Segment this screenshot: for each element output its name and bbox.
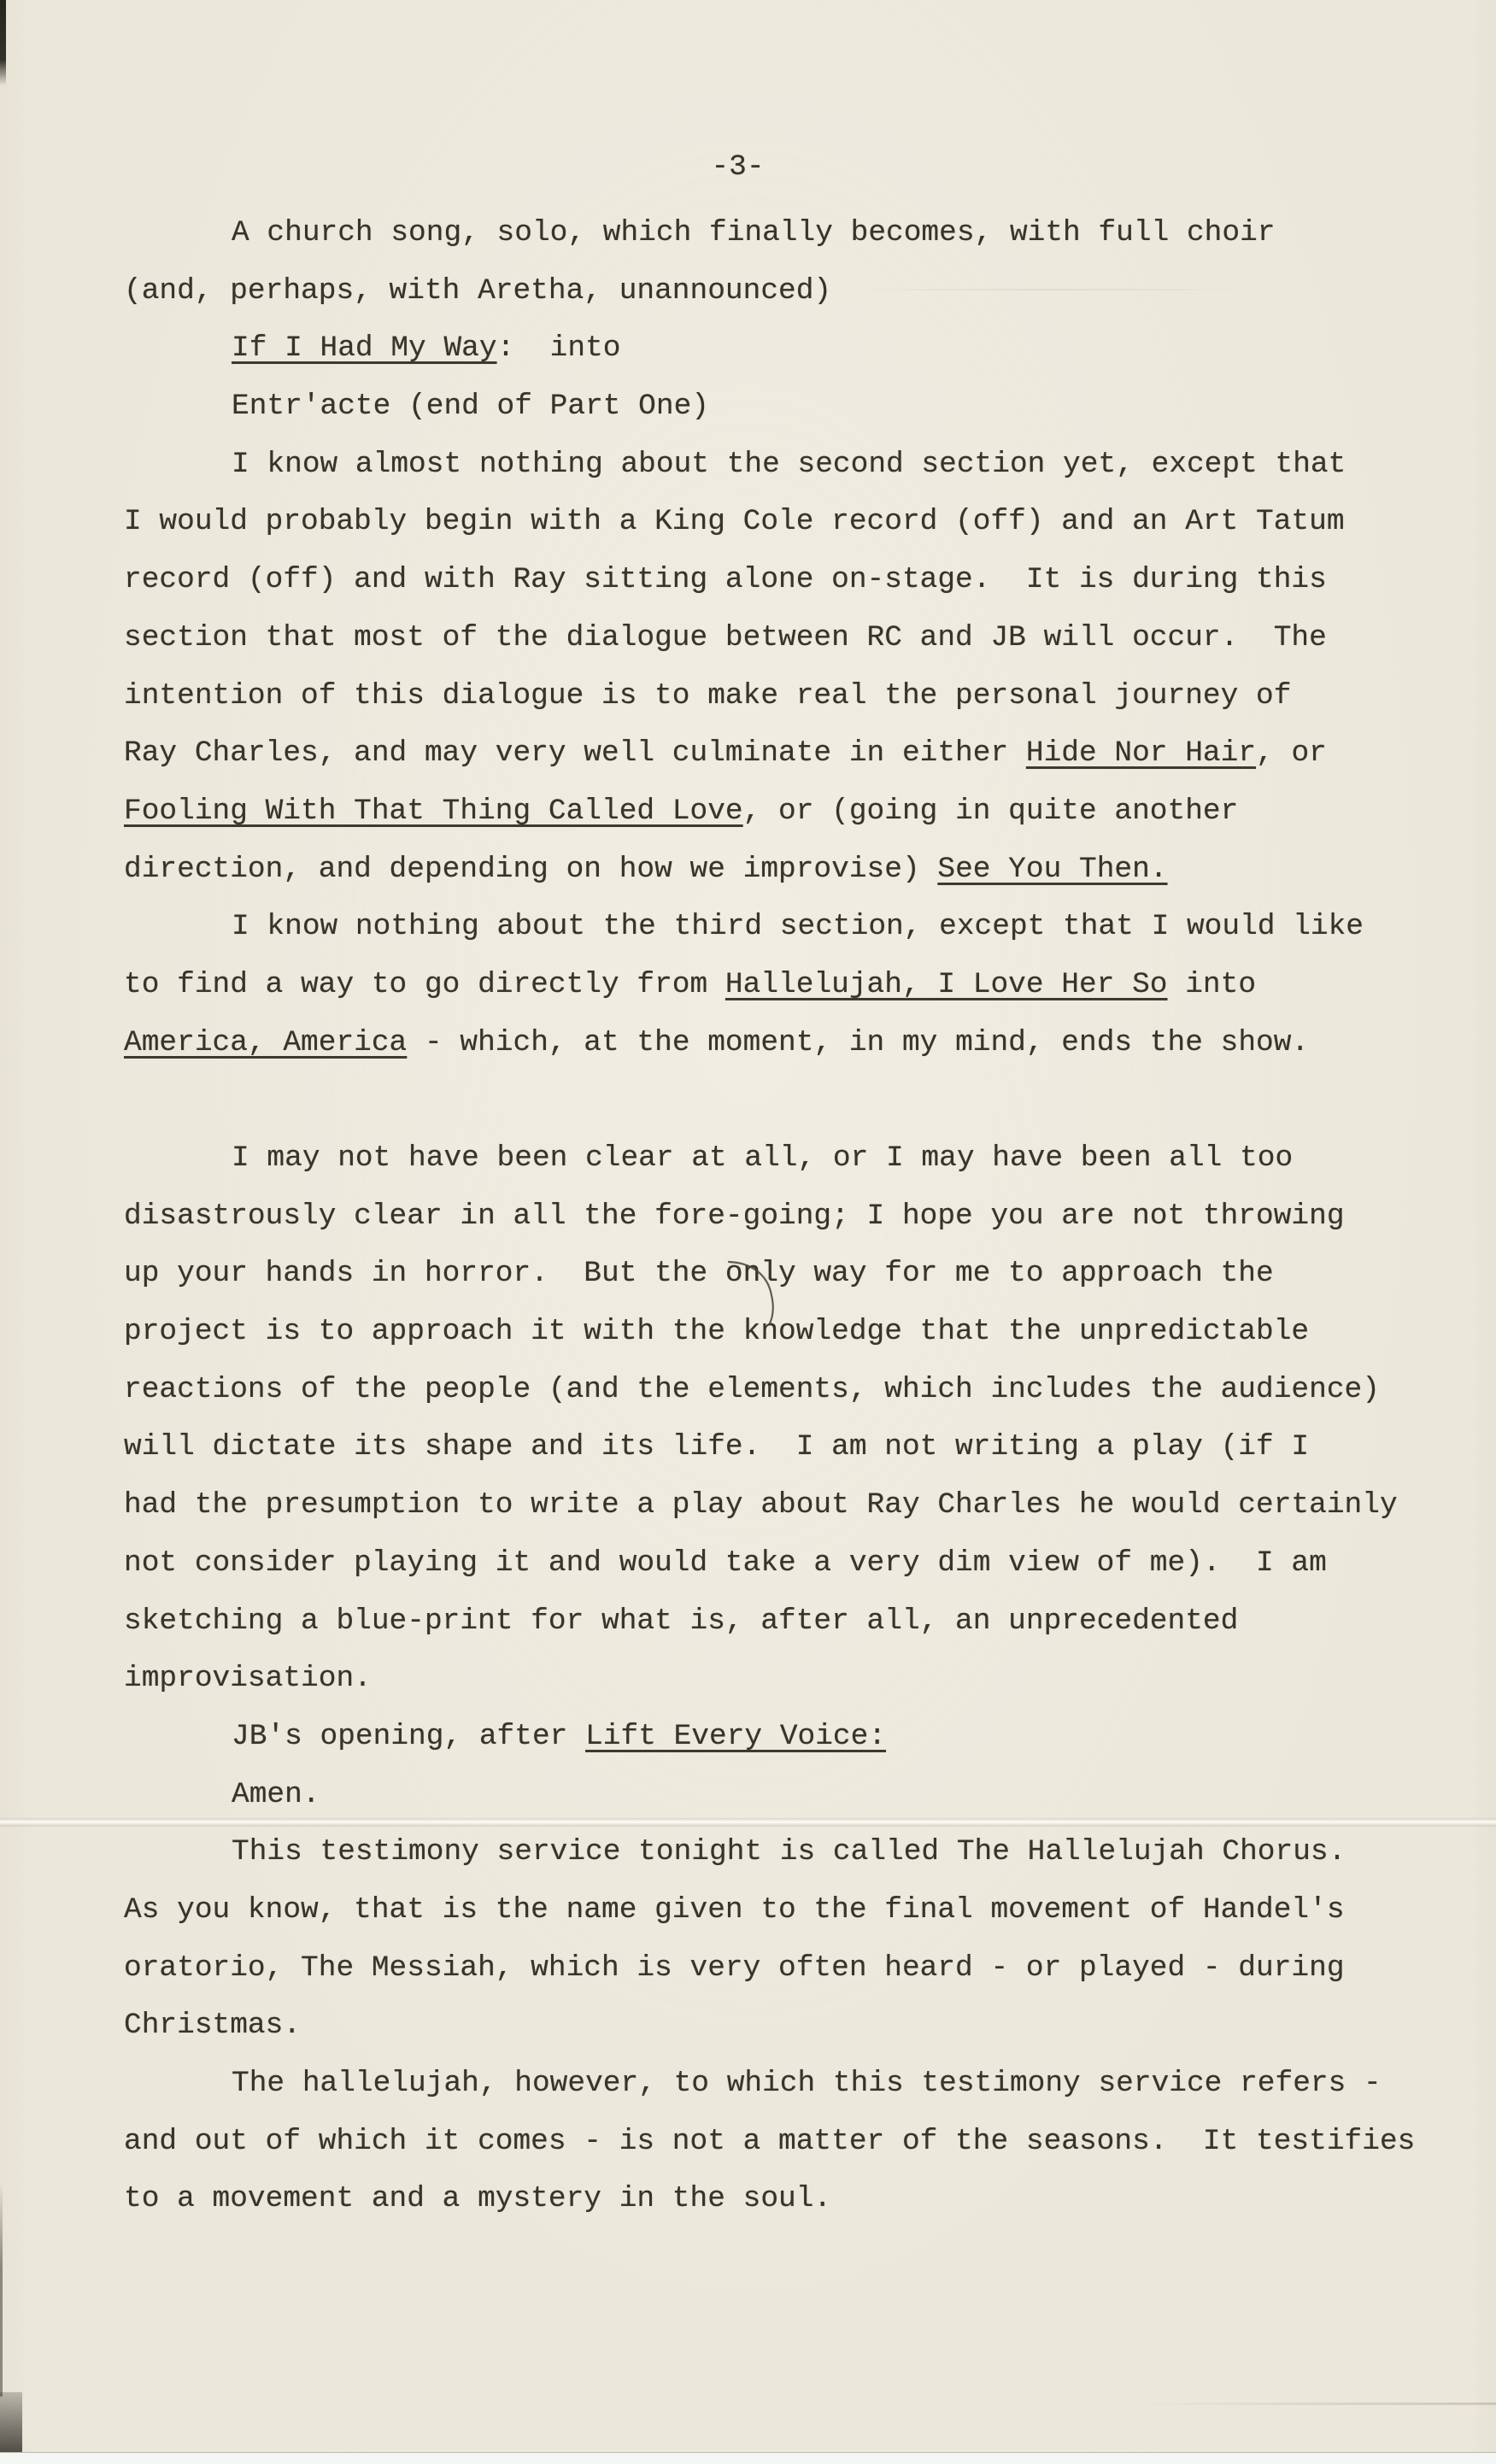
text-segment: , or: [1256, 736, 1327, 770]
document-line: improvisation.: [124, 1650, 1479, 1708]
text-segment: reactions of the people (and the element…: [124, 1373, 1380, 1406]
text-segment: I would probably begin with a King Cole …: [124, 505, 1345, 538]
text-segment: sketching a blue-print for what is, afte…: [124, 1605, 1238, 1638]
underlined-title: Hallelujah, I Love Her So: [725, 968, 1168, 1001]
text-segment: and out of which it comes - is not a mat…: [124, 2125, 1415, 2158]
document-line: JB's opening, after Lift Every Voice:: [124, 1708, 1479, 1766]
paper-fold-crease: [0, 1818, 1496, 1827]
text-segment: - which, at the moment, in my mind, ends…: [407, 1026, 1309, 1059]
document-line: America, America - which, at the moment,…: [124, 1014, 1479, 1072]
text-segment: : into: [497, 331, 621, 365]
page-number: -3-: [0, 150, 1475, 184]
document-line: Entr'acte (end of Part One): [124, 378, 1479, 436]
text-segment: The hallelujah, however, to which this t…: [232, 2067, 1382, 2100]
document-line: record (off) and with Ray sitting alone …: [124, 551, 1479, 609]
document-line: The hallelujah, however, to which this t…: [124, 2055, 1479, 2113]
paper-crease-bottom: [1136, 2402, 1496, 2405]
document-line: Amen.: [124, 1766, 1479, 1824]
document-line: up your hands in horror. But the only wa…: [124, 1245, 1479, 1303]
document-line: to a movement and a mystery in the soul.: [124, 2170, 1479, 2228]
text-segment: direction, and depending on how we impro…: [124, 853, 937, 886]
text-segment: Ray Charles, and may very well culminate…: [124, 736, 1026, 770]
text-segment: oratorio, The Messiah, which is very oft…: [124, 1951, 1345, 1985]
document-line: I know nothing about the third section, …: [124, 898, 1479, 956]
underlined-title: America, America: [124, 1026, 407, 1059]
text-segment: record (off) and with Ray sitting alone …: [124, 563, 1327, 596]
document-line: This testimony service tonight is called…: [124, 1823, 1479, 1881]
underlined-title: Fooling With That Thing Called Love: [124, 795, 743, 828]
text-segment: A church song, solo, which finally becom…: [232, 216, 1276, 249]
text-segment: to a movement and a mystery in the soul.: [124, 2182, 831, 2215]
scan-artifact-bottom-left: [0, 2392, 22, 2452]
document-line: sketching a blue-print for what is, afte…: [124, 1593, 1479, 1651]
text-segment: not consider playing it and would take a…: [124, 1546, 1327, 1580]
document-line: If I Had My Way: into: [124, 320, 1479, 378]
text-segment: will dictate its shape and its life. I a…: [124, 1430, 1309, 1464]
text-segment: I may not have been clear at all, or I m…: [232, 1141, 1293, 1175]
document-line: I know almost nothing about the second s…: [124, 436, 1479, 494]
text-segment: had the presumption to write a play abou…: [124, 1488, 1398, 1522]
text-segment: into: [1168, 968, 1257, 1001]
blank-line: [124, 1071, 1479, 1129]
document-line: I would probably begin with a King Cole …: [124, 493, 1479, 551]
scanner-background-edge: [0, 2453, 1496, 2464]
text-segment: Amen.: [232, 1778, 320, 1811]
document-line: section that most of the dialogue betwee…: [124, 609, 1479, 667]
document-line: reactions of the people (and the element…: [124, 1361, 1479, 1419]
text-segment: JB's opening, after: [232, 1720, 585, 1753]
text-segment: section that most of the dialogue betwee…: [124, 621, 1327, 654]
text-segment: Entr'acte (end of Part One): [232, 390, 709, 423]
document-line: project is to approach it with the knowl…: [124, 1303, 1479, 1361]
document-line: will dictate its shape and its life. I a…: [124, 1418, 1479, 1476]
document-body: A church song, solo, which finally becom…: [124, 204, 1479, 2228]
document-line: direction, and depending on how we impro…: [124, 841, 1479, 899]
document-line: not consider playing it and would take a…: [124, 1534, 1479, 1593]
text-segment: disastrously clear in all the fore-going…: [124, 1200, 1345, 1233]
paper-sheet: -3- A church song, solo, which finally b…: [0, 0, 1496, 2453]
document-line: to find a way to go directly from Hallel…: [124, 956, 1479, 1014]
document-line: oratorio, The Messiah, which is very oft…: [124, 1939, 1479, 1998]
text-segment: As you know, that is the name given to t…: [124, 1893, 1345, 1927]
document-line: A church song, solo, which finally becom…: [124, 204, 1479, 262]
document-line: intention of this dialogue is to make re…: [124, 667, 1479, 725]
underlined-title: See You Then.: [937, 853, 1167, 886]
text-segment: , or (going in quite another: [743, 795, 1239, 828]
document-line: had the presumption to write a play abou…: [124, 1476, 1479, 1534]
document-line: Ray Charles, and may very well culminate…: [124, 725, 1479, 783]
text-segment: improvisation.: [124, 1662, 372, 1695]
text-segment: intention of this dialogue is to make re…: [124, 679, 1291, 713]
underlined-title: Hide Nor Hair: [1026, 736, 1256, 770]
underlined-title: If I Had My Way: [232, 331, 497, 365]
scan-artifact-left-line: [0, 2183, 3, 2397]
text-segment: project is to approach it with the knowl…: [124, 1315, 1309, 1348]
document-line: Christmas.: [124, 1997, 1479, 2055]
text-segment: This testimony service tonight is called…: [232, 1835, 1346, 1869]
document-line: As you know, that is the name given to t…: [124, 1881, 1479, 1939]
document-line: disastrously clear in all the fore-going…: [124, 1188, 1479, 1246]
text-segment: I know nothing about the third section, …: [232, 910, 1364, 943]
text-segment: I know almost nothing about the second s…: [232, 448, 1346, 481]
text-segment: Christmas.: [124, 2009, 301, 2042]
document-line: I may not have been clear at all, or I m…: [124, 1129, 1479, 1188]
scan-artifact-top-left: [0, 0, 6, 85]
underlined-title: Lift Every Voice:: [585, 1720, 886, 1753]
text-segment: (and, perhaps, with Aretha, unannounced): [124, 274, 831, 308]
document-line: Fooling With That Thing Called Love, or …: [124, 783, 1479, 841]
document-line: (and, perhaps, with Aretha, unannounced): [124, 262, 1479, 320]
text-segment: up your hands in horror. But the only wa…: [124, 1257, 1274, 1290]
document-line: and out of which it comes - is not a mat…: [124, 2113, 1479, 2171]
text-segment: to find a way to go directly from: [124, 968, 725, 1001]
scanned-document-page: { "document": { "page_number": "-3-", "c…: [0, 0, 1496, 2464]
